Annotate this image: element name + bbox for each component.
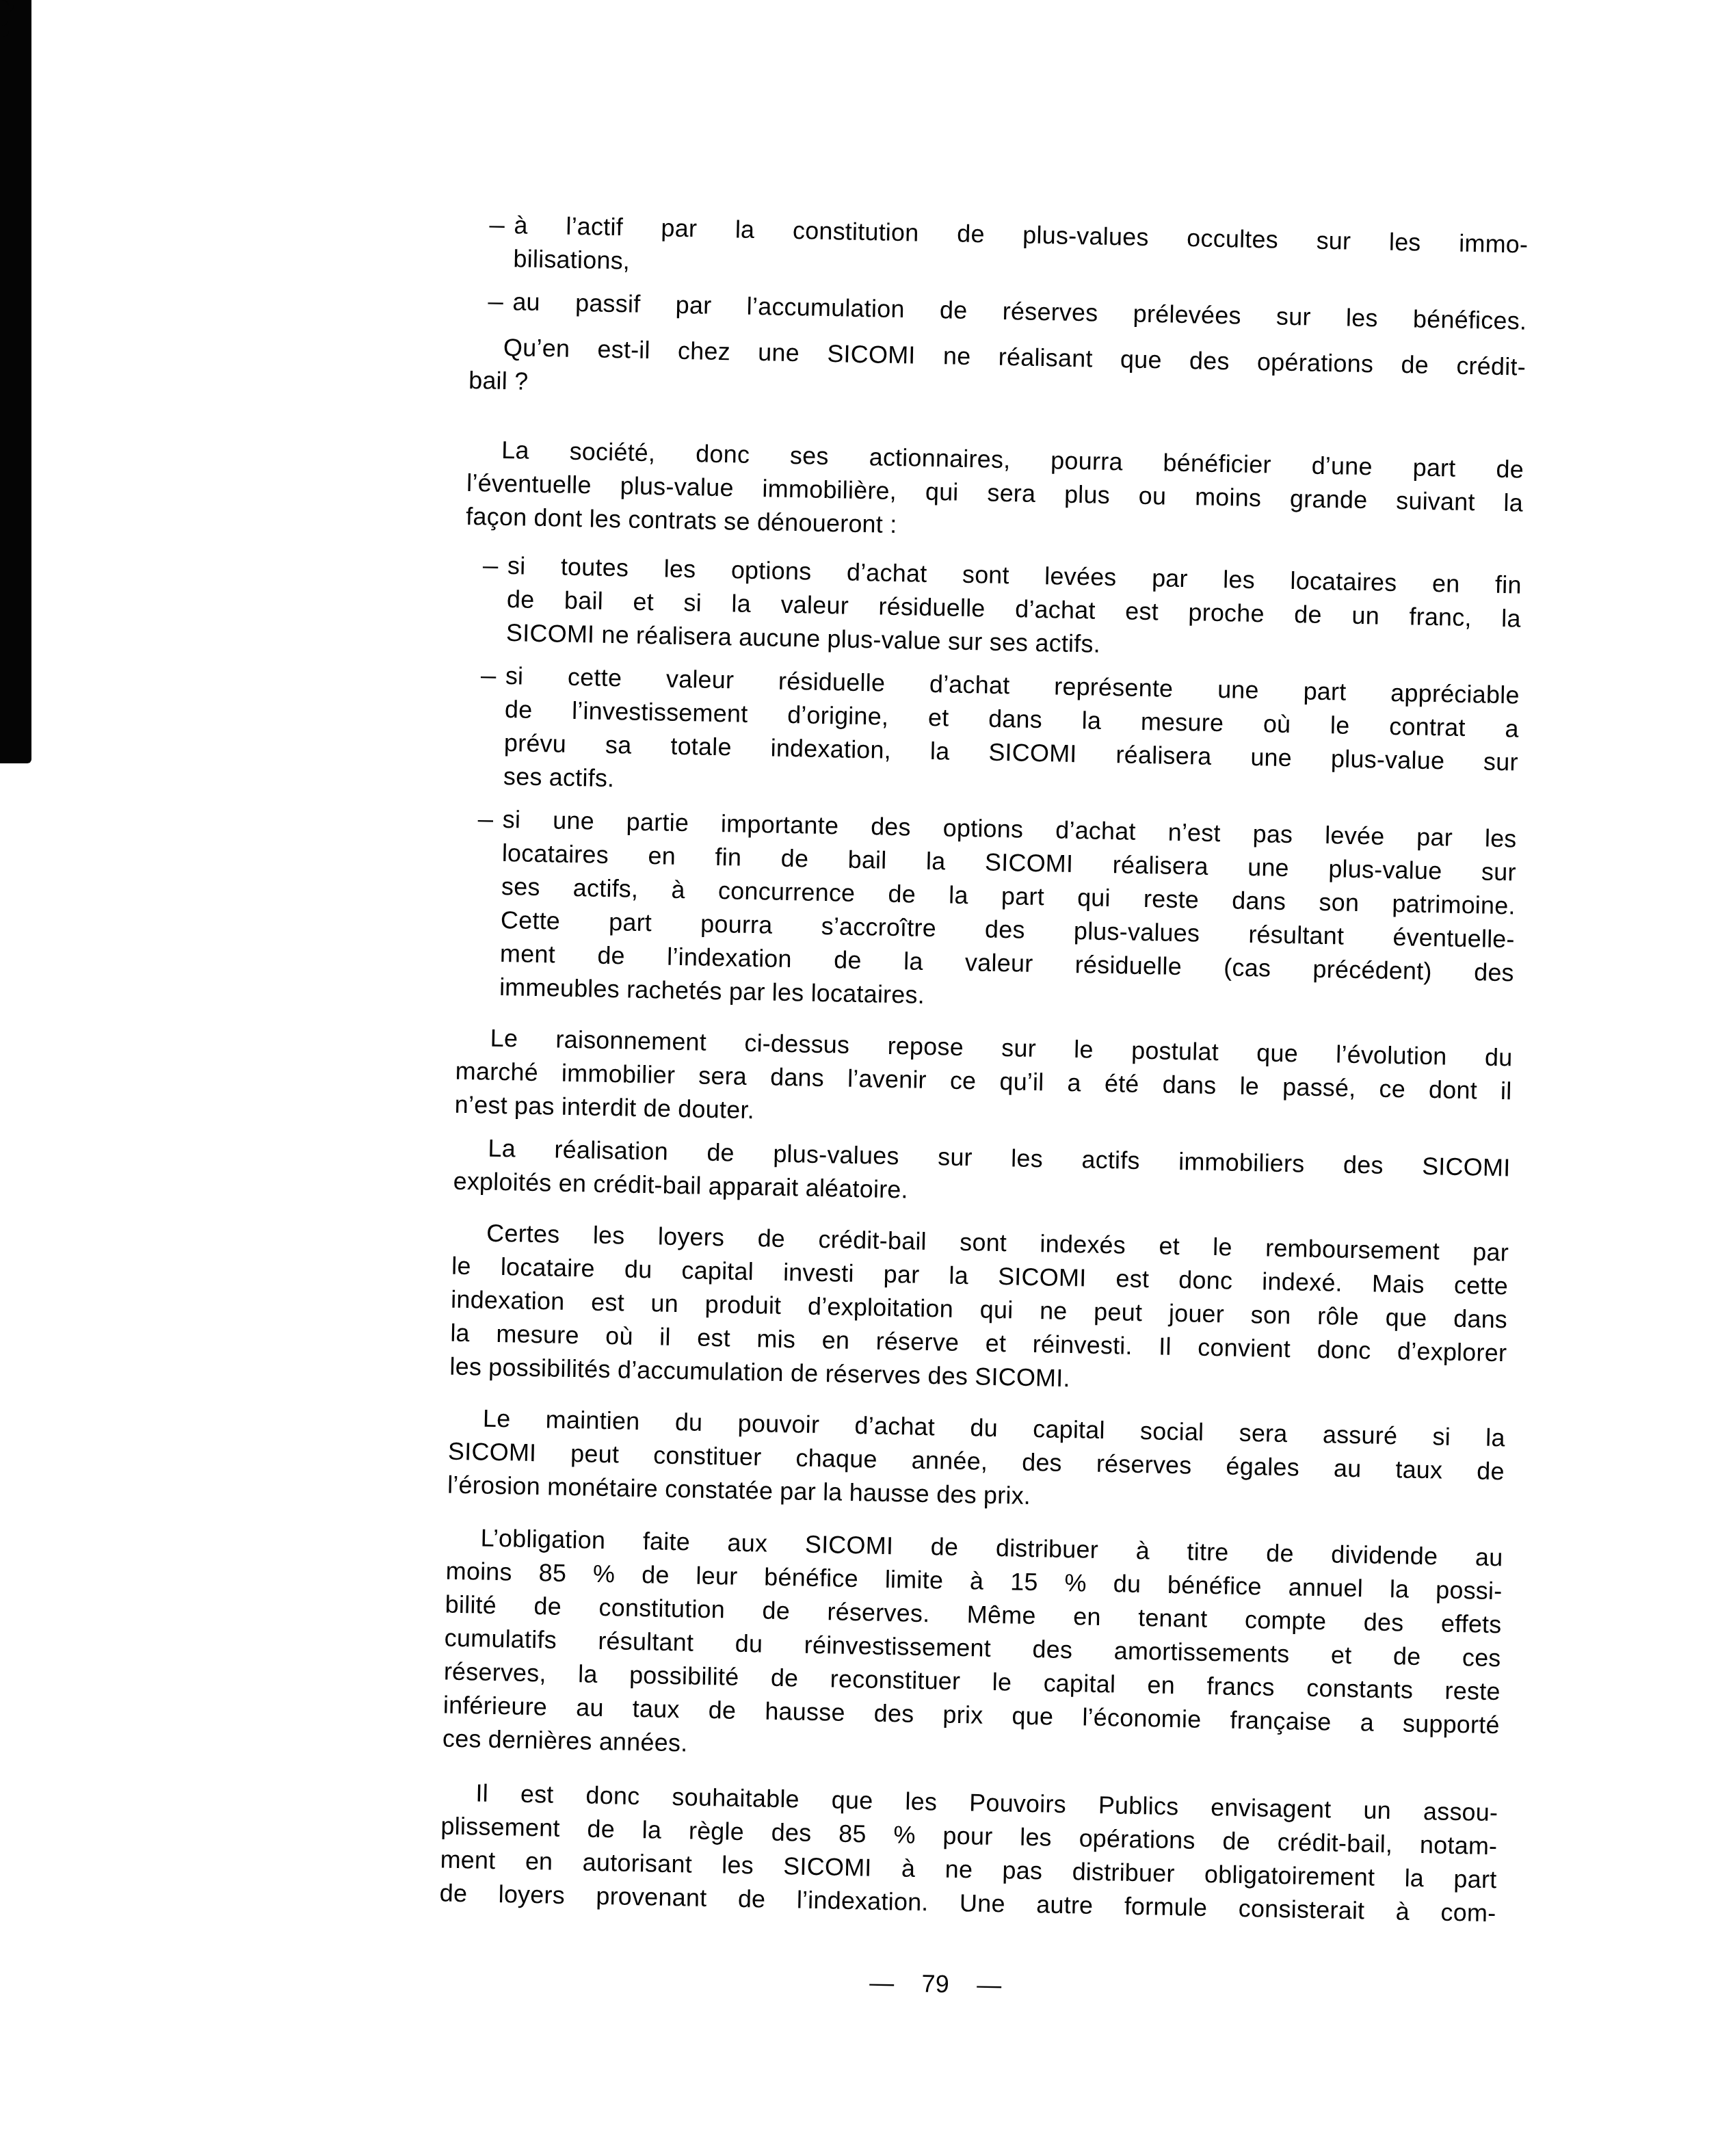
bullet-list: —si toutes les options d’achat sont levé… xyxy=(457,548,1522,1023)
paragraph: Certes les loyers de crédit-bail sont in… xyxy=(449,1215,1509,1404)
paragraph: La société, donc ses actionnaires, pourr… xyxy=(466,432,1524,553)
page-number: — 79 — xyxy=(407,1957,1464,2011)
bullet-dash-icon: — xyxy=(482,548,498,581)
text-blocks: —à l’actif par la constitution de plus-v… xyxy=(439,207,1528,1930)
bullet-dash-icon: — xyxy=(489,207,505,241)
bullet-item: —au passif par l’accumulation de réserve… xyxy=(470,284,1527,338)
paragraph: L’obligation faite aux SICOMI de distrib… xyxy=(442,1521,1503,1776)
bullet-list: —à l’actif par la constitution de plus-v… xyxy=(470,207,1529,338)
paragraph: Le raisonnement ci-dessus repose sur le … xyxy=(454,1021,1513,1142)
paragraph: Qu’en est-il chez une SICOMI ne réalisan… xyxy=(468,330,1527,417)
bullet-dash-icon: — xyxy=(480,658,496,692)
bullet-dash-icon: — xyxy=(488,284,503,317)
paragraph: La réalisation de plus-values sur les ac… xyxy=(453,1131,1511,1218)
bullet-item: —si une partie importante des options d’… xyxy=(457,802,1517,1023)
text-line: au passif par l’accumulation de réserves… xyxy=(512,285,1527,337)
document-page: —à l’actif par la constitution de plus-v… xyxy=(0,0,1718,2156)
bullet-item: —si cette valeur résiduelle d’achat repr… xyxy=(461,658,1520,813)
bullet-item: —si toutes les options d’achat sont levé… xyxy=(464,548,1522,669)
paragraph: Il est donc souhaitable que les Pouvoirs… xyxy=(439,1776,1498,1930)
scan-artifact-speck xyxy=(0,0,8,26)
scan-artifact-left-bar xyxy=(0,0,31,763)
bullet-item: —à l’actif par la constitution de plus-v… xyxy=(471,207,1529,295)
paragraph: Le maintien du pouvoir d’achat du capita… xyxy=(447,1401,1506,1522)
bullet-dash-icon: — xyxy=(477,802,493,835)
page-text: —à l’actif par la constitution de plus-v… xyxy=(438,207,1529,2011)
